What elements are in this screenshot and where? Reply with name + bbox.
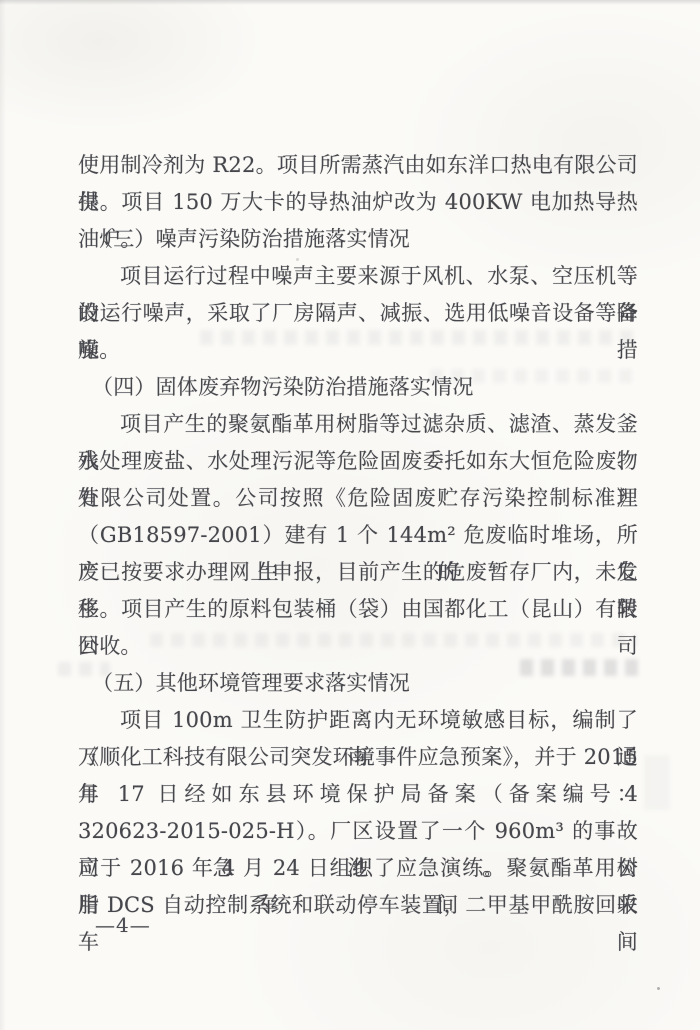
page-number: —4— [95,912,151,938]
document-body: 使用制冷剂为 R22。项目所需蒸汽由如东洋口热电有限公司提供。项目 150 万大… [78,147,638,924]
scanned-page: 使用制冷剂为 R22。项目所需蒸汽由如东洋口热电有限公司提供。项目 150 万大… [0,0,700,1030]
text-line: 供。项目 150 万大卡的导热油炉改为 400KW 电加热导热油炉。 [78,184,638,221]
text-line: 月 17 日经如东县环境保护局备案（备案编号： [78,776,638,813]
text-line: 司于 2016 年 4 月 24 日组织了应急演练。聚氨酯革用树脂车间采 [78,850,638,887]
section-heading: （三）噪声污染防治措施落实情况 [78,221,638,258]
text-line: 水处理废盐、水处理污泥等危险固废委托如东大恒危险废物处理 [78,443,638,480]
text-line: 废已按要求办理网上申报，目前产生的危废暂存厂内，未发生转 [78,554,638,591]
text-line: 项目产生的聚氨酯革用树脂等过滤杂质、滤渣、蒸发釜残、 [78,406,638,443]
text-line: （GB18597-2001）建有 1 个 144m² 危废临时堆场，所产生的危 [78,517,638,554]
text-line: 用 DCS 自动控制系统和联动停车装置，二甲基甲酰胺回收车间 [78,887,638,924]
text-line: 320623-2015-025-H）。厂区设置了一个 960m³ 的事故应急池。… [78,813,638,850]
text-line: 使用制冷剂为 R22。项目所需蒸汽由如东洋口热电有限公司提 [78,147,638,184]
text-line: 移。项目产生的原料包装桶（袋）由国都化工（昆山）有限公司 [78,591,638,628]
text-line: 有限公司处置。公司按照《危险固废贮存污染控制标准》 [78,480,638,517]
text-line: 项目 100m 卫生防护距离内无环境敏感目标，编制了《南通 [78,702,638,739]
text-line: 万顺化工科技有限公司突发环境事件应急预案》，并于 2015 年 4 [78,739,638,776]
section-heading: （五）其他环境管理要求落实情况 [78,665,638,702]
text-line: 的运行噪声，采取了厂房隔声、减振、选用低噪音设备等降噪措 [78,295,638,332]
scan-speck [657,987,660,990]
section-heading: （四）固体废弃物污染防治措施落实情况 [78,369,638,406]
text-line: 项目运行过程中噪声主要来源于风机、水泵、空压机等设备 [78,258,638,295]
bleed-through-artifact [644,755,670,810]
